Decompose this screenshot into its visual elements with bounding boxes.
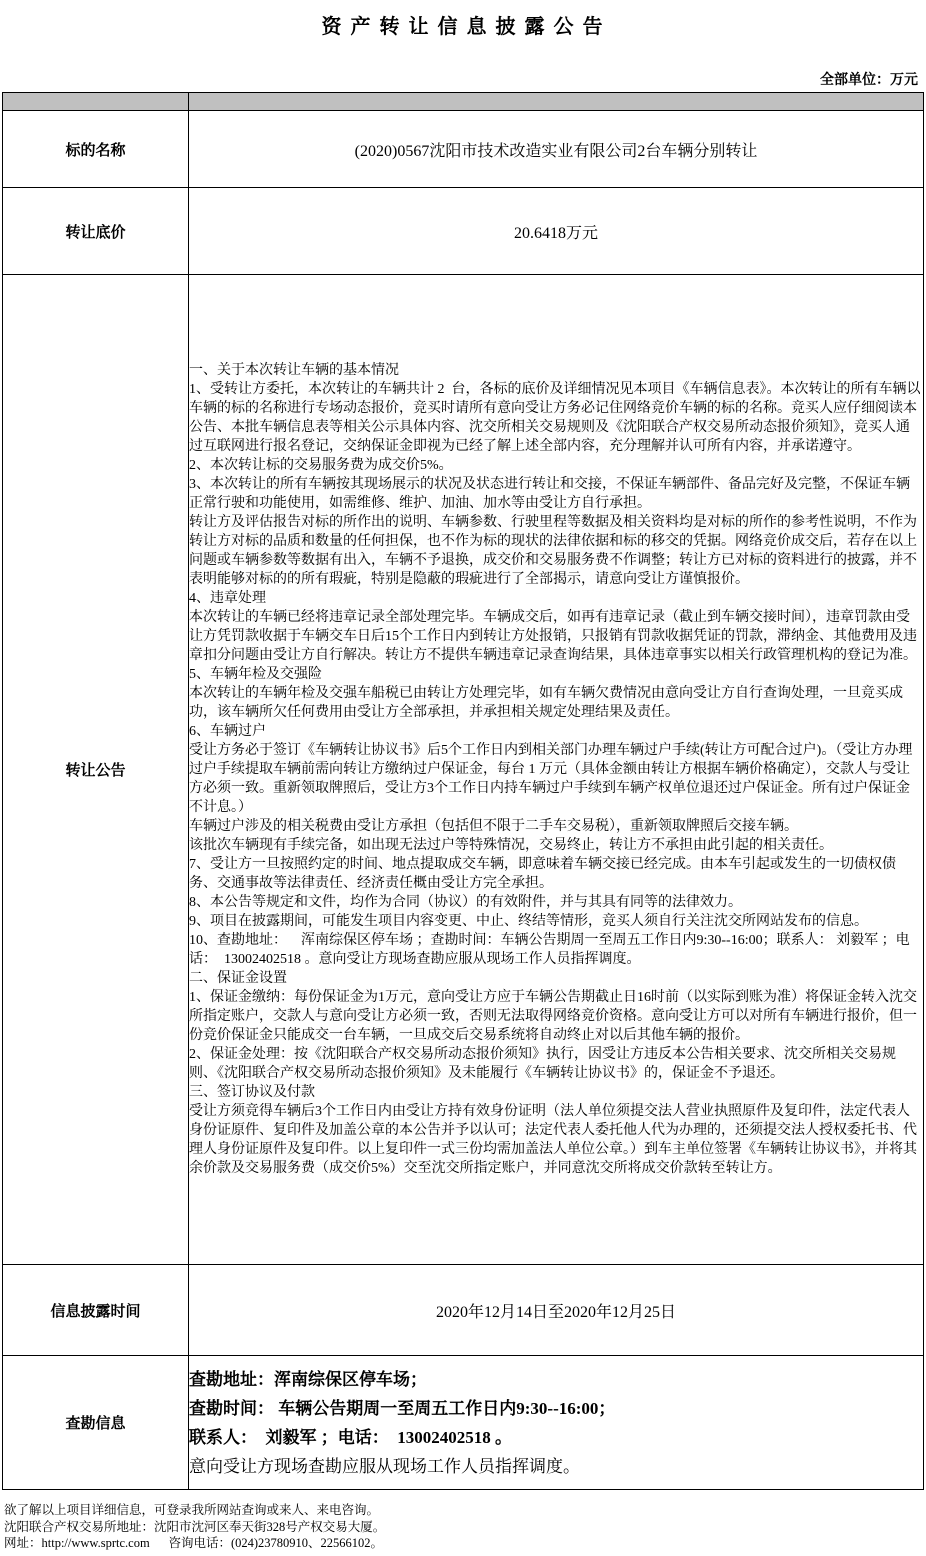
survey-info-label: 查勘信息 bbox=[3, 1356, 189, 1490]
unit-note: 全部单位：万元 bbox=[0, 69, 918, 89]
subject-name-value: (2020)0567沈阳市技术改造实业有限公司2台车辆分别转让 bbox=[189, 111, 924, 188]
document-footer: 欲了解以上项目详细信息，可登录我所网站查询或来人、来电咨询。 沈阳联合产权交易所… bbox=[4, 1502, 926, 1552]
disclosure-period-value: 2020年12月14日至2020年12月25日 bbox=[189, 1265, 924, 1356]
transfer-notice-label: 转让公告 bbox=[3, 275, 189, 1265]
survey-time-line: 查勘时间： 车辆公告期周一至周五工作日内9:30--16:00； bbox=[189, 1394, 923, 1423]
table-header-row bbox=[3, 93, 924, 111]
survey-note-line: 意向受让方现场查勘应服从现场工作人员指挥调度。 bbox=[189, 1452, 923, 1481]
survey-contact-line: 联系人： 刘毅军 ；电话： 13002402518 。 bbox=[189, 1423, 923, 1452]
footer-info-line: 欲了解以上项目详细信息，可登录我所网站查询或来人、来电咨询。 bbox=[4, 1502, 926, 1519]
footer-address-line: 沈阳联合产权交易所地址：沈阳市沈河区奉天街328号产权交易大厦。 bbox=[4, 1519, 926, 1536]
page-title: 资 产 转 让 信 息 披 露 公 告 bbox=[0, 10, 926, 39]
disclosure-table: 标的名称 (2020)0567沈阳市技术改造实业有限公司2台车辆分别转让 转让底… bbox=[2, 92, 924, 1490]
transfer-notice-body: 一、关于本次转让车辆的基本情况 1、受转让方委托，本次转让的车辆共计 2 台，各… bbox=[189, 275, 924, 1265]
transfer-price-label: 转让底价 bbox=[3, 188, 189, 275]
table-row-transfer-price: 转让底价 20.6418万元 bbox=[3, 188, 924, 275]
header-cell-left bbox=[3, 93, 189, 111]
transfer-price-value: 20.6418万元 bbox=[189, 188, 924, 275]
survey-address-line: 查勘地址：浑南综保区停车场； bbox=[189, 1365, 923, 1394]
header-cell-right bbox=[189, 93, 924, 111]
subject-name-label: 标的名称 bbox=[3, 111, 189, 188]
table-row-survey-info: 查勘信息 查勘地址：浑南综保区停车场； 查勘时间： 车辆公告期周一至周五工作日内… bbox=[3, 1356, 924, 1490]
document-page: 资 产 转 让 信 息 披 露 公 告 全部单位：万元 标的名称 (2020)0… bbox=[0, 0, 926, 1556]
table-row-subject-name: 标的名称 (2020)0567沈阳市技术改造实业有限公司2台车辆分别转让 bbox=[3, 111, 924, 188]
table-row-transfer-notice: 转让公告 一、关于本次转让车辆的基本情况 1、受转让方委托，本次转让的车辆共计 … bbox=[3, 275, 924, 1265]
disclosure-period-label: 信息披露时间 bbox=[3, 1265, 189, 1356]
table-row-disclosure-period: 信息披露时间 2020年12月14日至2020年12月25日 bbox=[3, 1265, 924, 1356]
survey-info-body: 查勘地址：浑南综保区停车场； 查勘时间： 车辆公告期周一至周五工作日内9:30-… bbox=[189, 1356, 924, 1490]
footer-contact-line: 网址：http://www.sprtc.com 咨询电话：(024)237809… bbox=[4, 1535, 926, 1552]
